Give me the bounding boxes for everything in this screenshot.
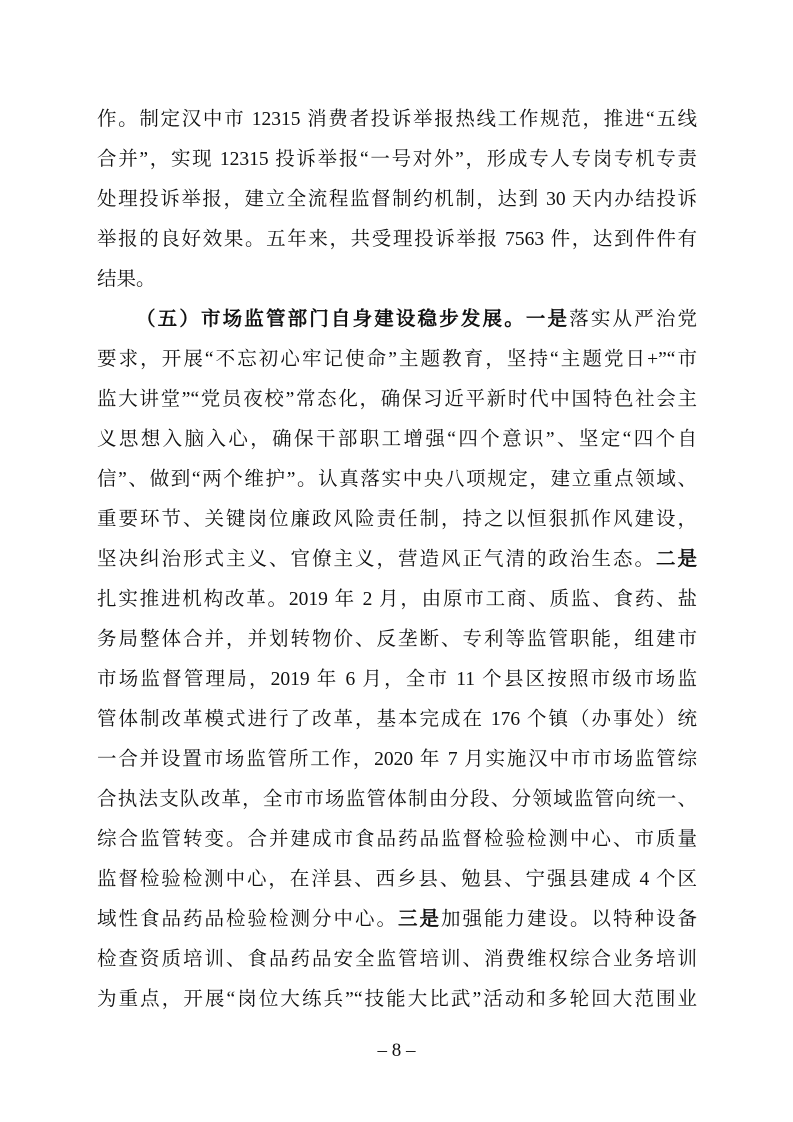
text-line: 坚决纠治形式主义、官僚主义，营造风正气清的政治生态。二是 [97,540,697,580]
body-text: 坚决纠治形式主义、官僚主义，营造风正气清的政治生态。 [97,549,656,570]
text-line: 义思想入脑入心，确保干部职工增强“四个意识”、坚定“四个自 [97,420,697,460]
body-text: 监督检验检测中心，在洋县、西乡县、勉县、宁强县建成 4 个区 [97,869,697,890]
text-line: 监大讲堂”“党员夜校”常态化，确保习近平新时代中国特色社会主 [97,380,697,420]
text-line: 举报的良好效果。五年来，共受理投诉举报 7563 件，达到件件有 [97,220,697,260]
text-line: 合执法支队改革，全市市场监管体制由分段、分领域监管向统一、 [97,780,697,820]
text-line: 域性食品药品检验检测分中心。三是加强能力建设。以特种设备 [97,900,697,940]
text-line: （五）市场监管部门自身建设稳步发展。一是落实从严治党 [97,300,697,340]
body-text: 检查资质培训、食品药品安全监管培训、消费维权综合业务培训 [97,949,697,970]
body-text: 扎实推进机构改革。2019 年 2 月，由原市工商、质监、食药、盐 [97,589,697,610]
body-text: 合执法支队改革，全市市场监管体制由分段、分领域监管向统一、 [97,789,697,810]
emphasis-marker: 二是 [656,549,697,570]
text-line: 要求，开展“不忘初心牢记使命”主题教育，坚持“主题党日+”“市 [97,340,697,380]
body-text: 结果。 [97,269,156,290]
body-text: 一合并设置市场监管所工作，2020 年 7 月实施汉中市市场监管综 [97,749,697,770]
body-text: 域性食品药品检验检测分中心。 [97,909,398,930]
emphasis-marker: 一是 [526,309,569,330]
body-text: 重要环节、关键岗位廉政风险责任制，持之以恒狠抓作风建设， [97,509,697,530]
text-line: 合并”，实现 12315 投诉举报“一号对外”，形成专人专岗专机专责 [97,140,697,180]
body-text: 综合监管转变。合并建成市食品药品监督检验检测中心、市质量 [97,829,697,850]
body-text: 落实从严治党 [569,309,697,330]
text-line: 市场监督管理局，2019 年 6 月，全市 11 个县区按照市级市场监 [97,660,697,700]
text-line: 信”、做到“两个维护”。认真落实中央八项规定，建立重点领域、 [97,460,697,500]
text-line: 作。制定汉中市 12315 消费者投诉举报热线工作规范，推进“五线 [97,100,697,140]
body-text: 举报的良好效果。五年来，共受理投诉举报 7563 件，达到件件有 [97,229,697,250]
text-line: 综合监管转变。合并建成市食品药品监督检验检测中心、市质量 [97,820,697,860]
body-text: 信”、做到“两个维护”。认真落实中央八项规定，建立重点领域、 [97,469,697,490]
body-text: 市场监督管理局，2019 年 6 月，全市 11 个县区按照市级市场监 [97,669,697,690]
section-heading: （五）市场监管部门自身建设稳步发展。 [136,309,526,330]
text-line: 一合并设置市场监管所工作，2020 年 7 月实施汉中市市场监管综 [97,740,697,780]
body-text: 监大讲堂”“党员夜校”常态化，确保习近平新时代中国特色社会主 [97,389,697,410]
page-footer: – 8 – [0,1040,793,1062]
text-line: 处理投诉举报，建立全流程监督制约机制，达到 30 天内办结投诉 [97,180,697,220]
body-text: 务局整体合并，并划转物价、反垄断、专利等监管职能，组建市 [97,629,697,650]
text-block: 作。制定汉中市 12315 消费者投诉举报热线工作规范，推进“五线合并”，实现 … [97,100,697,1020]
body-text: 为重点，开展“岗位大练兵”“技能大比武”活动和多轮回大范围业 [97,989,697,1010]
body-text: 作。制定汉中市 12315 消费者投诉举报热线工作规范，推进“五线 [97,109,697,130]
text-line: 检查资质培训、食品药品安全监管培训、消费维权综合业务培训 [97,940,697,980]
body-text: 处理投诉举报，建立全流程监督制约机制，达到 30 天内办结投诉 [97,189,697,210]
text-line: 监督检验检测中心，在洋县、西乡县、勉县、宁强县建成 4 个区 [97,860,697,900]
body-text: 合并”，实现 12315 投诉举报“一号对外”，形成专人专岗专机专责 [97,149,697,170]
emphasis-marker: 三是 [398,909,441,930]
text-line: 管体制改革模式进行了改革，基本完成在 176 个镇（办事处）统 [97,700,697,740]
text-line: 务局整体合并，并划转物价、反垄断、专利等监管职能，组建市 [97,620,697,660]
document-page: 作。制定汉中市 12315 消费者投诉举报热线工作规范，推进“五线合并”，实现 … [0,0,793,1122]
body-text: 义思想入脑入心，确保干部职工增强“四个意识”、坚定“四个自 [97,429,697,450]
body-text: 管体制改革模式进行了改革，基本完成在 176 个镇（办事处）统 [97,709,697,730]
text-line: 扎实推进机构改革。2019 年 2 月，由原市工商、质监、食药、盐 [97,580,697,620]
text-line: 重要环节、关键岗位廉政风险责任制，持之以恒狠抓作风建设， [97,500,697,540]
text-line: 结果。 [97,260,697,300]
body-text: 要求，开展“不忘初心牢记使命”主题教育，坚持“主题党日+”“市 [97,349,697,370]
page-number: – 8 – [378,1040,416,1061]
body-text: 加强能力建设。以特种设备 [441,909,697,930]
text-line: 为重点，开展“岗位大练兵”“技能大比武”活动和多轮回大范围业 [97,980,697,1020]
